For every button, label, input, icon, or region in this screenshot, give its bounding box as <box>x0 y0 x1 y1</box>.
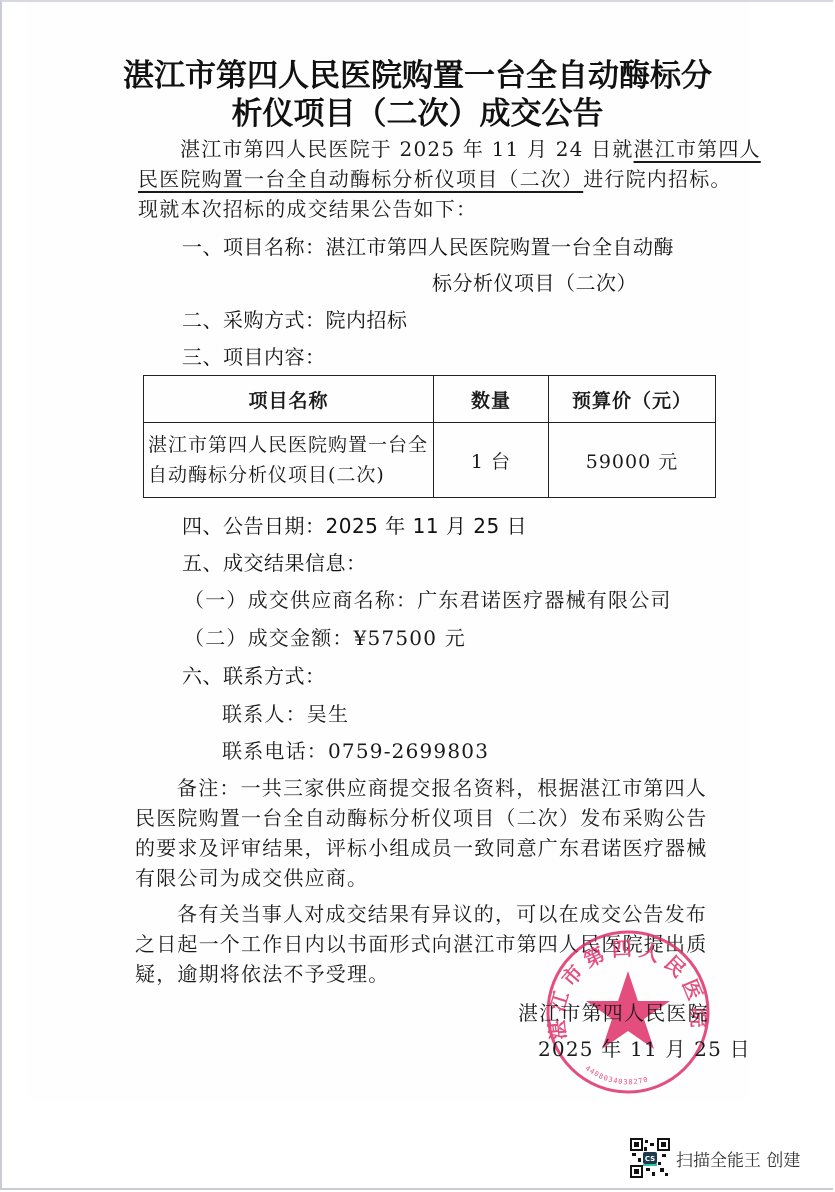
intro-line3: 现就本次招标的成交结果公告如下： <box>138 193 477 222</box>
header-project-name: 项目名称 <box>144 376 434 423</box>
scanner-watermark: CS 扫描全能王 创建 <box>630 1138 800 1178</box>
note-line2: 民医院购置一台全自动酶标分析仪项目（二次）发布采购公告 <box>135 802 707 831</box>
section5-supplier: （一）成交供应商名称：广东君诺医疗器械有限公司 <box>184 584 672 613</box>
section2-label: 二、采购方式： <box>182 308 326 332</box>
cell-budget: 59000 元 <box>549 423 716 498</box>
intro-line1-underlined: 湛江市第四人 <box>634 137 761 161</box>
section4: 四、公告日期：2025 年 11 月 25 日 <box>182 510 527 539</box>
note-line1: 备注：一共三家供应商提交报名资料，根据湛江市第四人 <box>177 772 707 801</box>
section6-phone: 联系电话：0759-2699803 <box>222 735 489 764</box>
section2: 二、采购方式：院内招标 <box>182 304 408 333</box>
note-line4: 有限公司为成交供应商。 <box>135 862 368 891</box>
cell-quantity: 1 台 <box>434 423 549 498</box>
qr-code-icon: CS <box>630 1138 670 1178</box>
header-quantity: 数量 <box>434 376 549 423</box>
section2-value: 院内招标 <box>326 308 408 332</box>
section1-line1: 一、项目名称：湛江市第四人民医院购置一台全自动酶 <box>182 231 674 260</box>
section3-label: 三、项目内容： <box>182 341 326 370</box>
section1-label: 一、项目名称： <box>182 235 326 259</box>
section1-value-line1: 湛江市第四人民医院购置一台全自动酶 <box>326 235 675 259</box>
section5-amount: （二）成交金额：¥57500 元 <box>184 622 466 651</box>
cell-project-name: 湛江市第四人民医院购置一台全自动酶标分析仪项目(二次) <box>144 423 434 498</box>
table-header-row: 项目名称 数量 预算价（元） <box>144 376 716 423</box>
section4-value: 2025 年 11 月 25 日 <box>326 514 528 538</box>
signature-date: 2025 年 11 月 25 日 <box>538 1033 751 1062</box>
table-row: 湛江市第四人民医院购置一台全自动酶标分析仪项目(二次) 1 台 59000 元 <box>144 423 716 498</box>
intro-line1-prefix: 湛江市第四人民医院于 2025 年 11 月 24 日就 <box>180 137 634 161</box>
scanner-watermark-label: 扫描全能王 创建 <box>676 1146 800 1171</box>
objection-line3: 疑，逾期将依法不予受理。 <box>135 958 389 987</box>
note-line3: 的要求及评审结果，评标小组成员一致同意广东君诺医疗器械 <box>135 832 707 861</box>
objection-line2: 之日起一个工作日内以书面形式向湛江市第四人民医院提出质 <box>135 928 707 957</box>
project-content-table: 项目名称 数量 预算价（元） 湛江市第四人民医院购置一台全自动酶标分析仪项目(二… <box>143 375 716 498</box>
intro-line2-underlined: 民医院购置一台全自动酶标分析仪项目（二次） <box>138 167 583 191</box>
objection-line1: 各有关当事人对成交结果有异议的，可以在成交公告发布 <box>177 898 707 927</box>
intro-line2: 民医院购置一台全自动酶标分析仪项目（二次）进行院内招标。 <box>138 163 732 192</box>
section5-label: 五、成交结果信息： <box>182 547 367 576</box>
intro-line1: 湛江市第四人民医院于 2025 年 11 月 24 日就湛江市第四人 <box>180 133 761 162</box>
signature-org: 湛江市第四人民医院 <box>518 997 709 1026</box>
svg-text:CS: CS <box>645 1155 655 1163</box>
document-title-line2: 析仪项目（二次）成交公告 <box>0 88 835 133</box>
section1-value-line2: 标分析仪项目（二次） <box>432 267 637 296</box>
intro-line2-suffix: 进行院内招标。 <box>583 167 731 191</box>
header-budget: 预算价（元） <box>549 376 716 423</box>
section6-contact: 联系人：吴生 <box>222 698 349 727</box>
section4-label: 四、公告日期： <box>182 514 326 538</box>
section6-label: 六、联系方式： <box>182 660 326 689</box>
